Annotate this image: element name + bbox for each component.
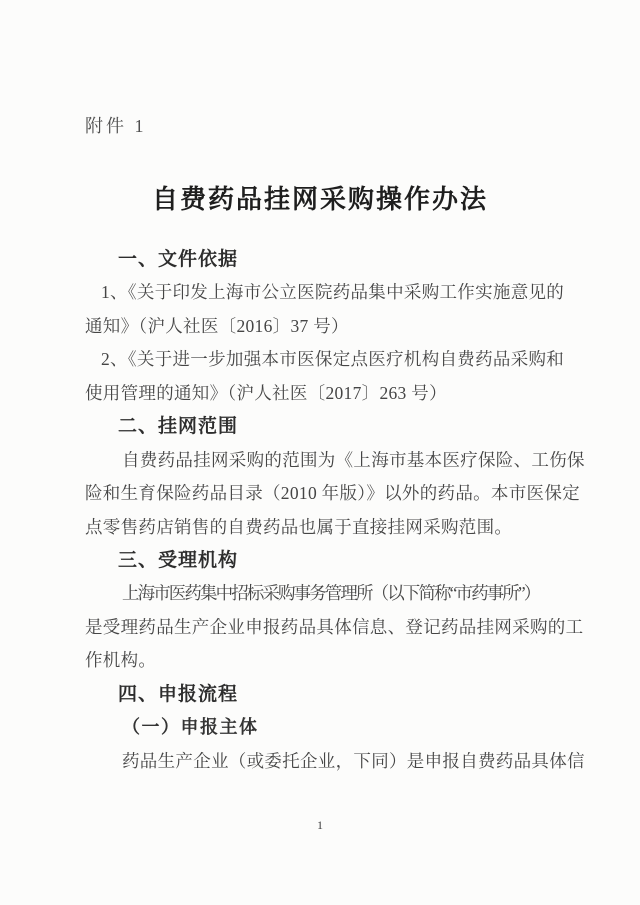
paragraph-line: 1、《关于印发上海市公立医院药品集中采购工作实施意见的 — [85, 276, 585, 309]
section-heading-3: 三、受理机构 — [85, 544, 585, 577]
section-heading-4: 四、申报流程 — [85, 678, 585, 711]
paragraph-line: 点零售药店销售的自费药品也属于直接挂网采购范围。 — [85, 511, 585, 544]
paragraph-line: 药品生产企业（或委托企业，下同）是申报自费药品具体信 — [85, 745, 585, 778]
paragraph-line: 险和生育保险药品目录（2010 年版）》以外的药品。本市医保定 — [85, 477, 585, 510]
section-heading-1: 一、文件依据 — [85, 243, 585, 276]
paragraph-line: 上海市医药集中招标采购事务管理所（以下简称“市药事所”） — [85, 577, 585, 610]
page-number: 1 — [0, 818, 640, 833]
paragraph-line: 2、《关于进一步加强本市医保定点医疗机构自费药品采购和 — [85, 343, 585, 376]
scanned-document-page: 附件 1 自费药品挂网采购操作办法 一、文件依据 1、《关于印发上海市公立医院药… — [0, 0, 640, 905]
paragraph-line: 自费药品挂网采购的范围为《上海市基本医疗保险、工伤保 — [85, 444, 585, 477]
paragraph-line: 通知》（沪人社医〔2016〕37 号） — [85, 310, 585, 343]
subsection-heading: （一）申报主体 — [85, 711, 585, 744]
paragraph-line: 作机构。 — [85, 644, 585, 677]
document-body: 一、文件依据 1、《关于印发上海市公立医院药品集中采购工作实施意见的 通知》（沪… — [85, 243, 585, 778]
attachment-label: 附件 1 — [85, 112, 147, 138]
section-heading-2: 二、挂网范围 — [85, 410, 585, 443]
document-title: 自费药品挂网采购操作办法 — [0, 179, 640, 216]
paragraph-line: 是受理药品生产企业申报药品具体信息、登记药品挂网采购的工 — [85, 611, 585, 644]
paragraph-line: 使用管理的通知》（沪人社医〔2017〕263 号） — [85, 377, 585, 410]
